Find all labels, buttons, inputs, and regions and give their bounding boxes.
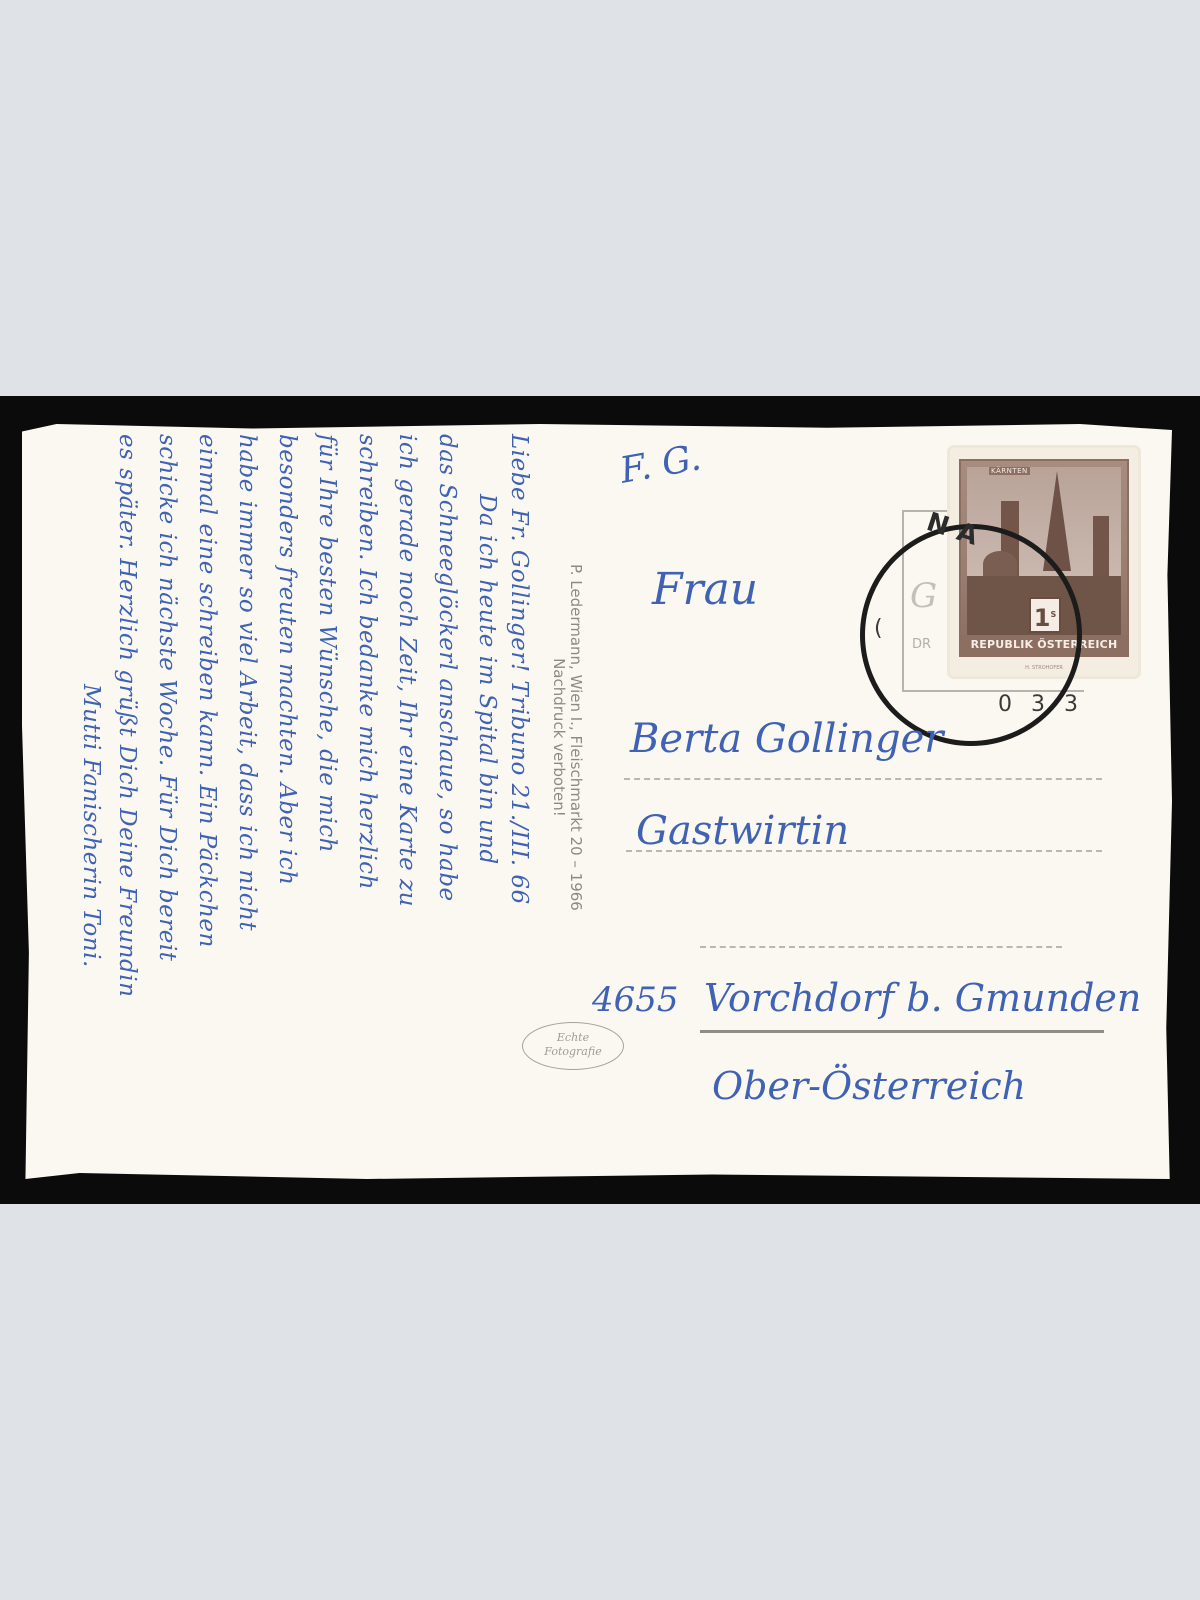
address-line [700, 946, 1062, 948]
imprint-line: P. Ledermann, Wien I., Fleischmarkt 20 –… [567, 564, 584, 911]
message-line: ich gerade noch Zeit, Ihr eine Karte zu [394, 434, 420, 907]
message-line: es später. Herzlich grüßt Dich Deine Fre… [114, 434, 140, 997]
message-line: für Ihre besten Wünsche, die mich [314, 434, 340, 853]
address-occupation: Gastwirtin [636, 808, 849, 854]
postmark-left-mark: ( [874, 616, 883, 641]
message-line: besonders freuten machten. Aber ich [274, 434, 300, 885]
message-line: schreiben. Ich bedanke mich herzlich [354, 434, 380, 890]
stamp-region: KÄRNTEN [989, 467, 1030, 475]
address-postal-code: 4655 [592, 980, 679, 1020]
address-region: Ober-Österreich [712, 1064, 1026, 1108]
message-line: das Schneeglöckerl anschaue, so habe [434, 434, 460, 902]
message-line: einmal eine schreiben kann. Ein Päckchen [194, 434, 220, 948]
address-line [626, 850, 1102, 852]
address-town: Vorchdorf b. Gmunden [704, 976, 1141, 1020]
message-line: Mutti Fanischerin Toni. [78, 684, 104, 968]
message-line: habe immer so viel Arbeit, dass ich nich… [234, 434, 260, 931]
address-name: Berta Gollinger [630, 716, 943, 762]
postcard: Liebe Fr. Gollinger! Tribuno 21./III. 66… [22, 424, 1172, 1179]
publisher-imprint: P. Ledermann, Wien I., Fleischmarkt 20 –… [550, 564, 584, 911]
address-line [624, 778, 1102, 780]
address-line-underline [700, 1030, 1104, 1033]
message-line: Da ich heute im Spital bin und [474, 494, 500, 865]
postmark-code: 0 3 3 [998, 692, 1084, 717]
imprint-line: Nachdruck verboten! [550, 564, 567, 911]
address-initials: F. G. [617, 437, 704, 491]
photo-logo: Echte Fotografie [522, 1022, 624, 1070]
message-area: Liebe Fr. Gollinger! Tribuno 21./III. 66… [42, 434, 532, 1169]
message-line: Liebe Fr. Gollinger! Tribuno 21./III. 66 [506, 434, 532, 905]
address-salutation: Frau [652, 564, 758, 615]
message-line: schicke ich nächste Woche. Für Dich bere… [154, 434, 180, 961]
